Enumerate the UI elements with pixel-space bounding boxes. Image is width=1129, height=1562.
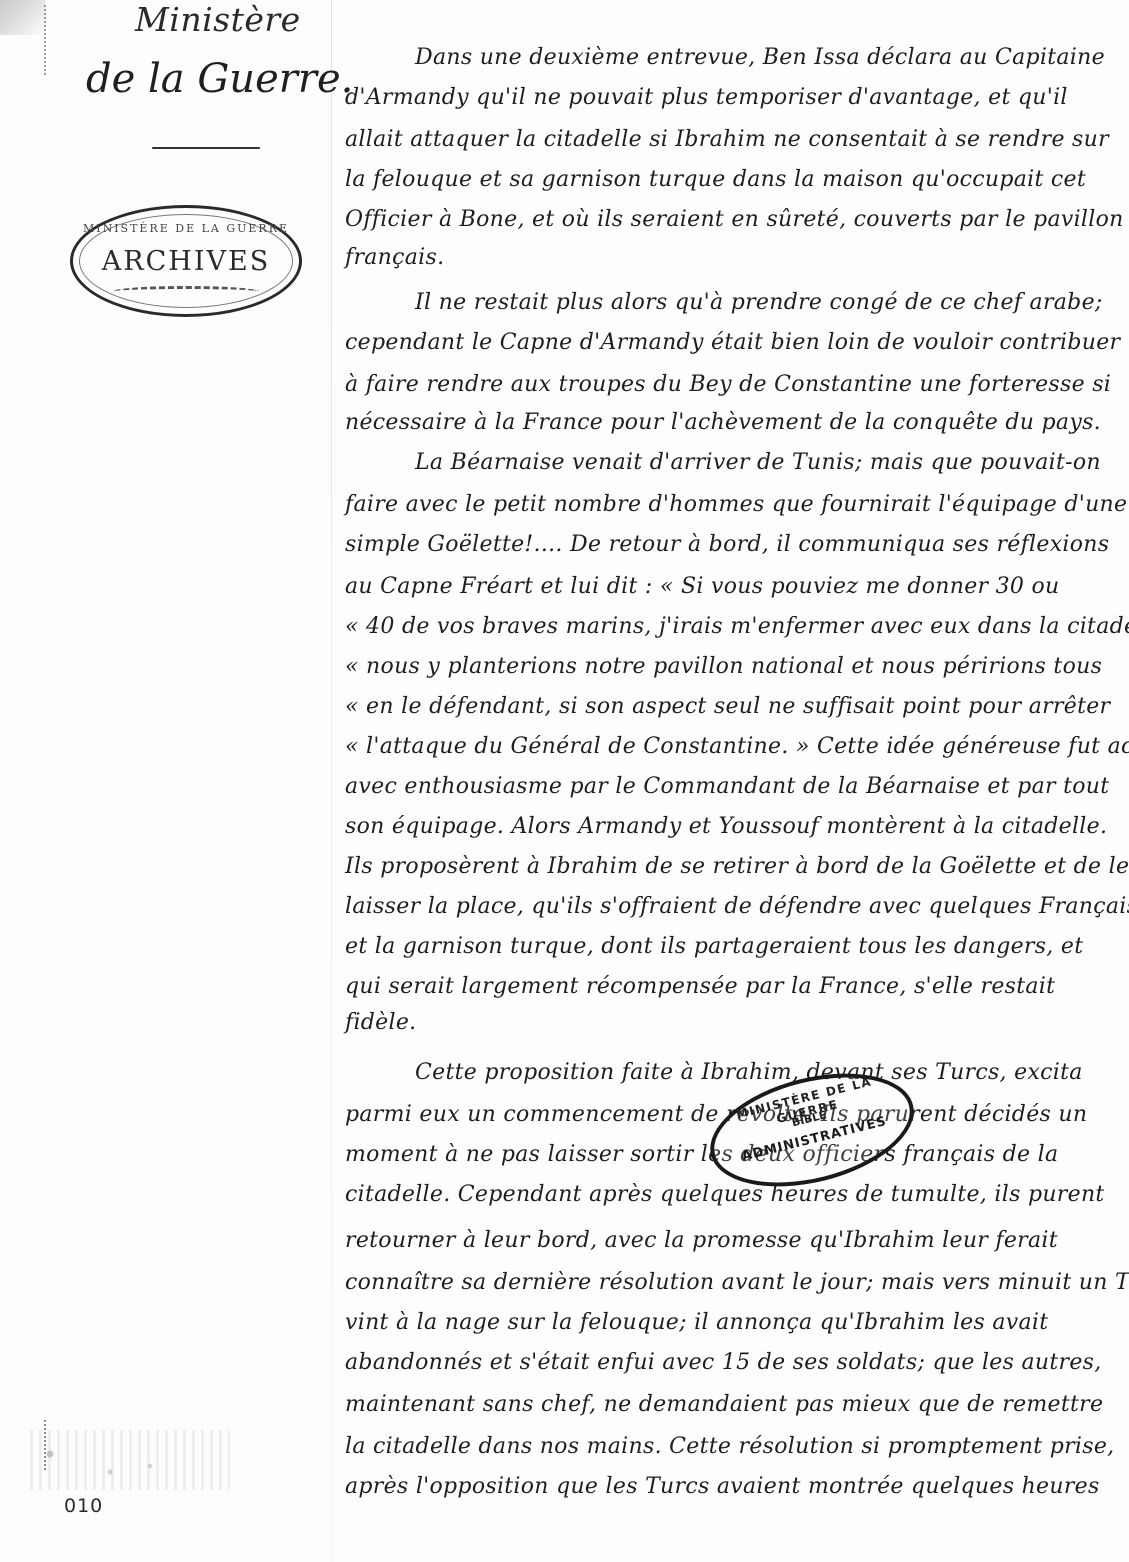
text-line: La Béarnaise venait d'arriver de Tunis; … [415,450,1101,475]
text-line: d'Armandy qu'il ne pouvait plus temporis… [345,85,1068,110]
text-line: allait attaquer la citadelle si Ibrahim … [345,127,1109,152]
text-line: qui serait largement récompensée par la … [345,974,1055,999]
text-line: après l'opposition que les Turcs avaient… [345,1474,1100,1499]
folio-number: 010 [64,1495,103,1517]
text-line: français. [345,245,444,270]
text-line: retourner à leur bord, avec la promesse … [345,1228,1058,1253]
text-line: au Capne Fréart et lui dit : « Si vous p… [345,574,1060,599]
text-line: Cette proposition faite à Ibrahim, devan… [415,1060,1083,1085]
letterhead-underline [152,147,260,149]
margin-binding-mark [44,5,48,75]
margin-column-divider [331,0,332,1562]
text-line: la felouque et sa garnison turque dans l… [345,167,1086,192]
text-line: fidèle. [345,1010,416,1035]
faded-margin-annotation [30,1430,230,1490]
text-line: citadelle. Cependant après quelques heur… [345,1182,1105,1207]
text-line: Ils proposèrent à Ibrahim de se retirer … [345,854,1129,879]
archives-stamp: MINISTÈRE DE LA GUERRE ARCHIVES [70,205,302,317]
stamp-main-text: ARCHIVES [73,246,299,277]
text-line: abandonnés et s'était enfui avec 15 de s… [345,1350,1102,1375]
text-line: « 40 de vos braves marins, j'irais m'enf… [345,614,1129,639]
text-line: laisser la place, qu'ils s'offraient de … [345,894,1129,919]
stamp-laurel-flourish [113,286,259,297]
text-line: à faire rendre aux troupes du Bey de Con… [345,372,1111,397]
text-line: moment à ne pas laisser sortir les deux … [345,1142,1058,1167]
text-line: maintenant sans chef, ne demandaient pas… [345,1392,1103,1417]
text-line: avec enthousiasme par le Commandant de l… [345,774,1109,799]
stamp-arc-text: MINISTÈRE DE LA GUERRE [73,222,299,235]
text-line: cependant le Capne d'Armandy était bien … [345,330,1120,355]
text-line: son équipage. Alors Armandy et Youssouf … [345,814,1107,839]
text-line: « en le défendant, si son aspect seul ne… [345,694,1110,719]
letterhead-department: de la Guerre. [86,56,353,102]
text-line: Officier à Bone, et où ils seraient en s… [345,207,1124,232]
text-line: connaître sa dernière résolution avant l… [345,1270,1129,1295]
text-line: « nous y planterions notre pavillon nati… [345,654,1102,679]
manuscript-page: Ministère de la Guerre. MINISTÈRE DE LA … [0,0,1129,1562]
text-line: vint à la nage sur la felouque; il annon… [345,1310,1048,1335]
letterhead-ministry: Ministère [135,0,301,39]
text-line: « l'attaque du Général de Constantine. »… [345,734,1129,759]
text-line: Il ne restait plus alors qu'à prendre co… [415,290,1103,315]
text-line: et la garnison turque, dont ils partager… [345,934,1083,959]
text-line: nécessaire à la France pour l'achèvement… [345,410,1101,435]
text-line: la citadelle dans nos mains. Cette résol… [345,1434,1114,1459]
scan-corner-shadow [0,0,45,35]
text-line: Dans une deuxième entrevue, Ben Issa déc… [415,45,1105,70]
text-line: simple Goëlette!.... De retour à bord, i… [345,532,1109,557]
text-line: faire avec le petit nombre d'hommes que … [345,492,1127,517]
